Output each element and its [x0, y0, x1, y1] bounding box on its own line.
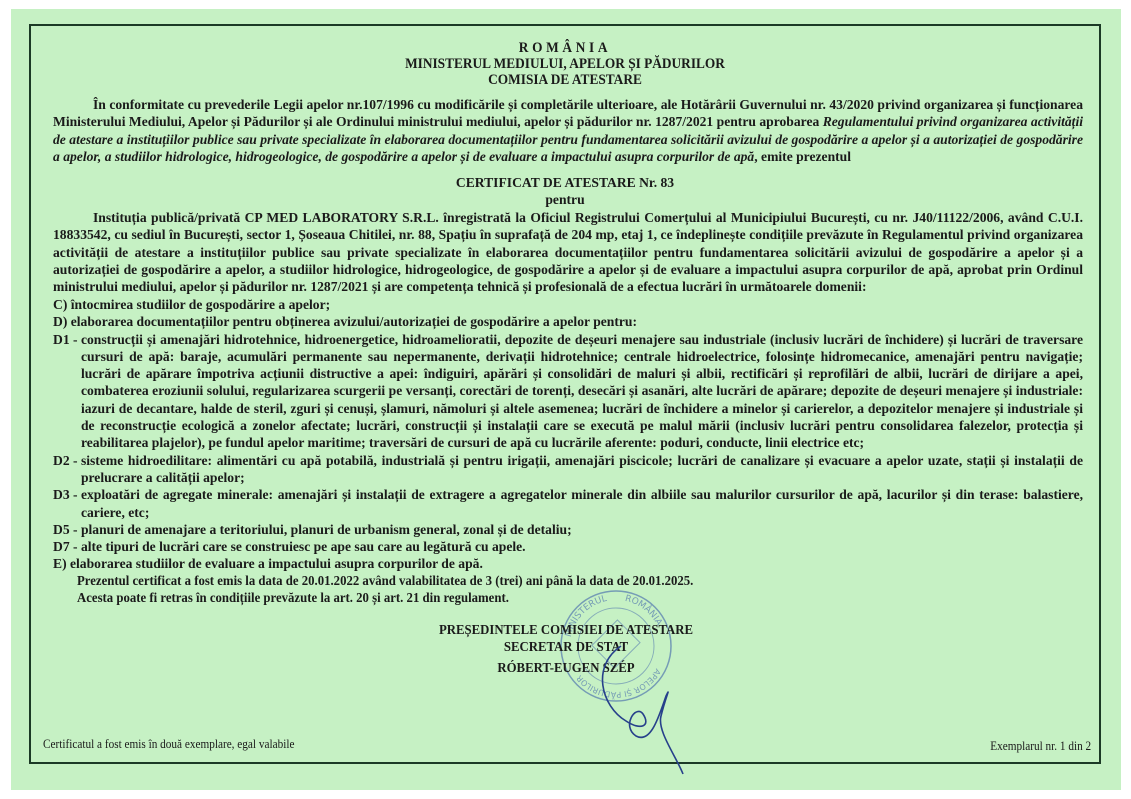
- revocation-note: Acesta poate fi retras în condițiile pre…: [77, 589, 693, 606]
- domain-text: alte tipuri de lucrări care se construie…: [81, 538, 1083, 555]
- commission-heading: COMISIA DE ATESTARE: [74, 72, 1057, 88]
- domain-item: C) întocmirea studiilor de gospodărire a…: [53, 296, 1083, 313]
- domain-text: exploatări de agregate minerale: amenajă…: [81, 486, 1083, 521]
- certificate-title: CERTIFICAT DE ATESTARE Nr. 83: [31, 174, 1099, 191]
- domain-code: C): [53, 296, 71, 313]
- domain-item: D) elaborarea documentațiilor pentru obț…: [53, 313, 1083, 330]
- domain-code: D7 -: [53, 538, 81, 555]
- domain-text: sisteme hidroedilitare: alimentări cu ap…: [81, 452, 1083, 487]
- domain-item: E) elaborarea studiilor de evaluare a im…: [53, 555, 1083, 572]
- domain-text: construcții și amenajări hidrotehnice, h…: [81, 331, 1083, 452]
- certificate-document: ROMÂNIA MINISTERUL MEDIULUI, APELOR ȘI P…: [31, 26, 1099, 762]
- domain-item: D1 - construcții și amenajări hidrotehni…: [53, 331, 1083, 452]
- domain-text: elaborarea documentațiilor pentru obține…: [71, 313, 1083, 330]
- copy-number: Exemplarul nr. 1 din 2: [990, 739, 1091, 754]
- domain-text: întocmirea studiilor de gospodărire a ap…: [71, 296, 1083, 313]
- copies-note: Certificatul a fost emis în două exempla…: [43, 737, 294, 752]
- domain-code: D): [53, 313, 71, 330]
- certificate-border: ROMÂNIA MINISTERUL MEDIULUI, APELOR ȘI P…: [29, 24, 1101, 764]
- country-heading: ROMÂNIA: [74, 40, 1057, 56]
- signatory-role-secretary: SECRETAR DE STAT: [402, 638, 731, 655]
- validity-block: Prezentul certificat a fost emis la data…: [77, 572, 693, 606]
- signatory-name: RÓBERT-EUGEN SZÉP: [402, 659, 731, 676]
- domain-code: D5 -: [53, 521, 81, 538]
- document-header: ROMÂNIA MINISTERUL MEDIULUI, APELOR ȘI P…: [31, 40, 1099, 88]
- signature-block: PREȘEDINTELE COMISIEI DE ATESTARE SECRET…: [402, 621, 731, 676]
- domain-code: D3 -: [53, 486, 81, 521]
- certificate-sheet: ROMÂNIA MINISTERUL MEDIULUI, APELOR ȘI P…: [11, 9, 1121, 790]
- domain-item: D7 - alte tipuri de lucrări care se cons…: [53, 538, 1083, 555]
- domain-item: D2 - sisteme hidroedilitare: alimentări …: [53, 452, 1083, 487]
- legal-basis-paragraph: În conformitate cu prevederile Legii ape…: [53, 96, 1083, 165]
- domains-list: C) întocmirea studiilor de gospodărire a…: [53, 296, 1083, 573]
- ministry-heading: MINISTERUL MEDIULUI, APELOR ȘI PĂDURILOR: [74, 56, 1057, 72]
- domain-code: D1 -: [53, 331, 81, 452]
- validity-dates: Prezentul certificat a fost emis la data…: [77, 572, 693, 589]
- signatory-role-president: PREȘEDINTELE COMISIEI DE ATESTARE: [402, 621, 731, 638]
- certificate-subtitle: pentru: [31, 191, 1099, 208]
- domain-item: D5 - planuri de amenajare a teritoriului…: [53, 521, 1083, 538]
- holder-paragraph: Instituția publică/privată CP MED LABORA…: [53, 209, 1083, 295]
- legal-basis-ending: , emite prezentul: [754, 149, 851, 164]
- domain-code: D2 -: [53, 452, 81, 487]
- domain-code: E): [53, 555, 70, 572]
- domain-text: planuri de amenajare a teritoriului, pla…: [81, 521, 1083, 538]
- domain-text: elaborarea studiilor de evaluare a impac…: [70, 555, 1083, 572]
- domain-item: D3 - exploatări de agregate minerale: am…: [53, 486, 1083, 521]
- certificate-title-block: CERTIFICAT DE ATESTARE Nr. 83 pentru: [31, 174, 1099, 208]
